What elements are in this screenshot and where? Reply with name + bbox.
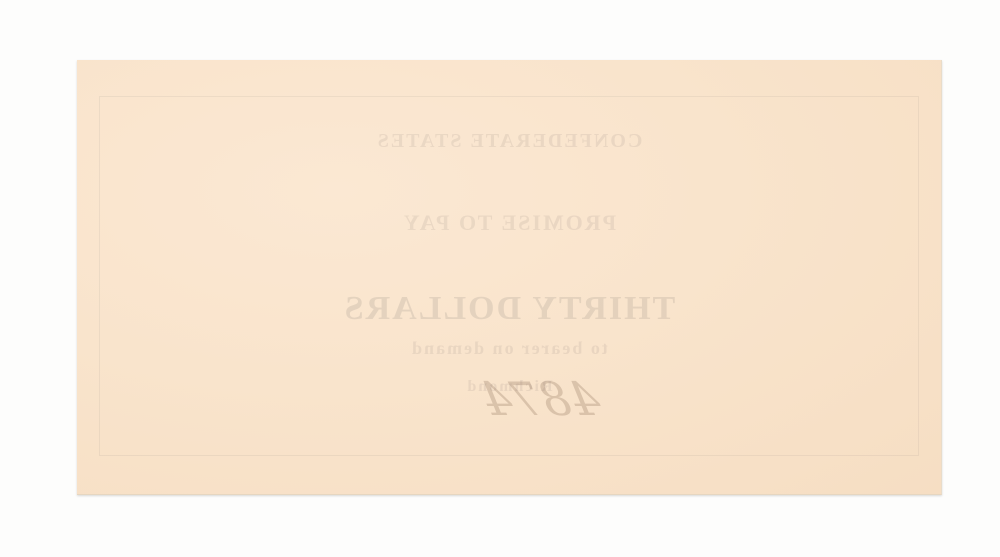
- bleed-text-line2: PROMISE TO PAY: [77, 210, 941, 236]
- handwritten-serial: 4874: [476, 372, 605, 426]
- bleed-text-line4: to bearer on demand: [77, 338, 941, 359]
- bleed-text-line1: CONFEDERATE STATES: [77, 130, 941, 153]
- bleed-denomination: THIRTY DOLLARS: [77, 290, 941, 328]
- banknote-reverse: CONFEDERATE STATES PROMISE TO PAY THIRTY…: [77, 60, 942, 495]
